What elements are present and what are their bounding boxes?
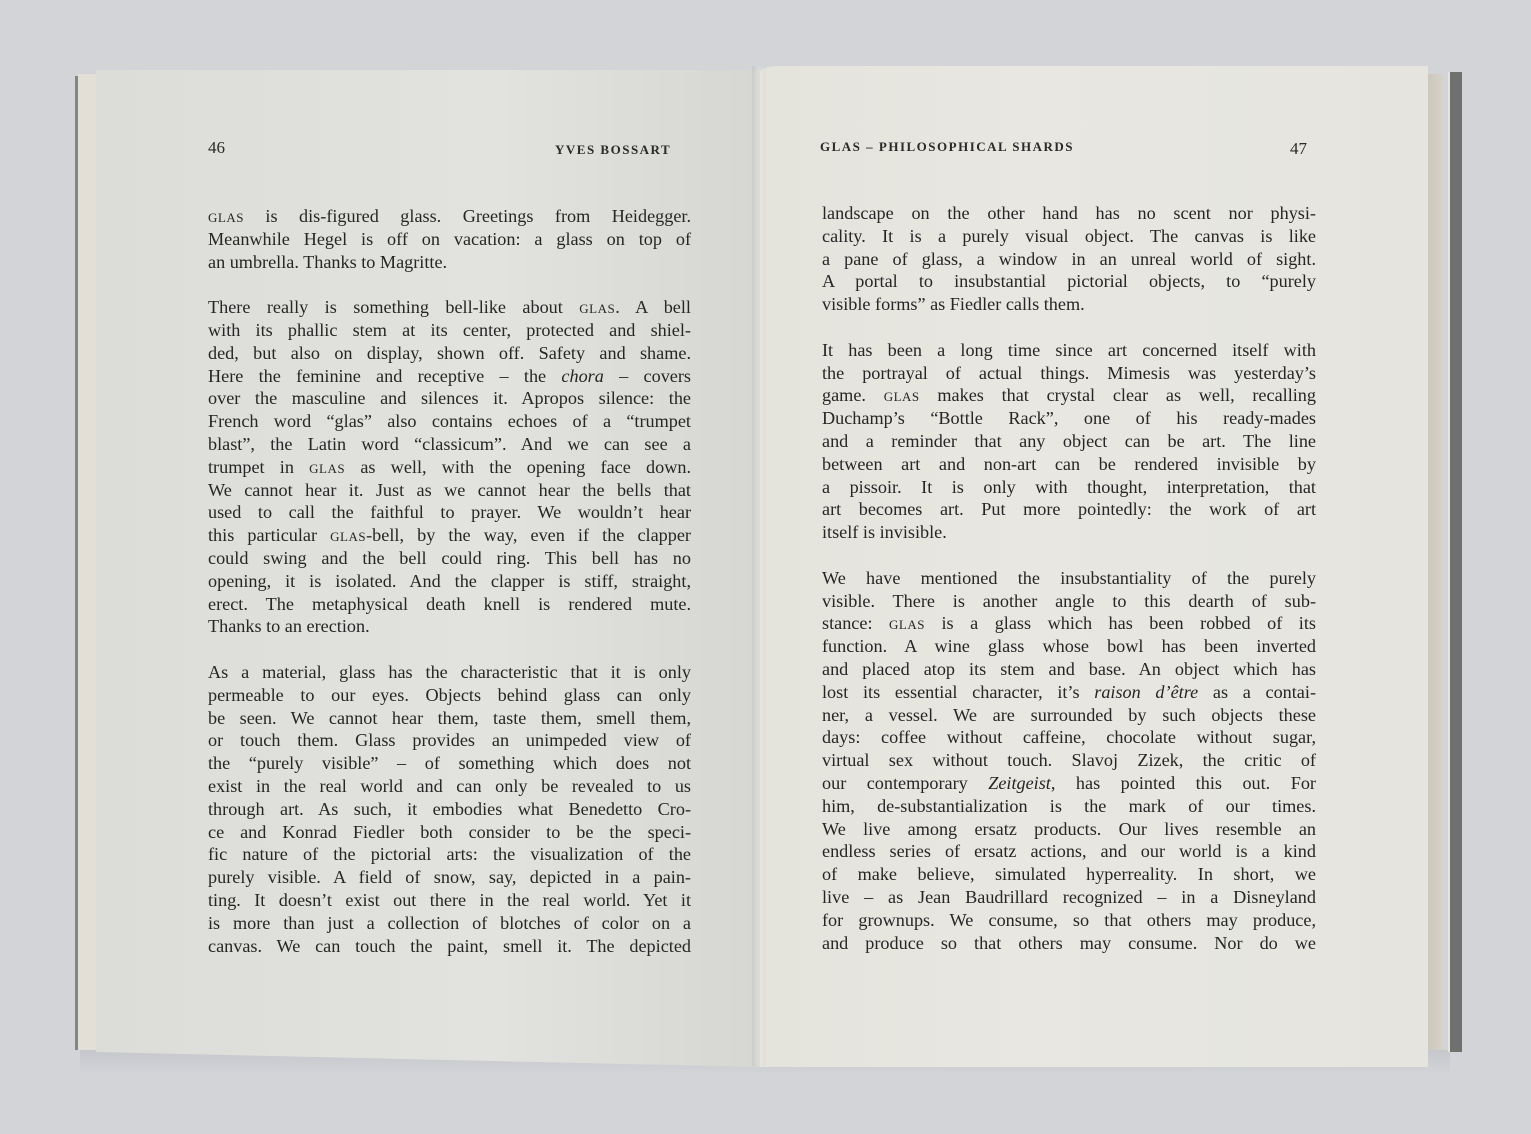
paragraph-gap [822,544,1316,567]
right-paragraph-3-line: ner, a vessel. We are surrounded by such… [822,704,1316,727]
left-paragraph-3-line: purely visible. A field of snow, say, de… [208,866,691,889]
right-paragraph-3-line: visible. There is another angle to this … [822,590,1316,613]
right-paragraph-2-line: It has been a long time since art concer… [822,339,1316,362]
left-paragraph-2-line: erect. The metaphysical death knell is r… [208,593,691,616]
right-page-stack-edge [1428,74,1444,1050]
page-number-left: 46 [208,138,225,158]
left-paragraph-2-line: French word “glas” also contains echoes … [208,410,691,433]
right-paragraph-3-line: of make believe, simulated hyperreality.… [822,863,1316,886]
left-paragraph-2-line: We cannot hear it. Just as we cannot hea… [208,479,691,502]
right-paragraph-3-line: endless series of ersatz actions, and ou… [822,840,1316,863]
right-paragraph-2-line: itself is invisible. [822,521,1316,544]
right-paragraph-3-line: function. A wine glass whose bowl has be… [822,635,1316,658]
left-page-stack-edge [78,74,98,1050]
left-paragraph-2-line: There really is something bell-like abou… [208,296,691,319]
left-paragraph-3-line: fic nature of the pictorial arts: the vi… [208,843,691,866]
right-paragraph-1-line: cality. It is a purely visual object. Th… [822,225,1316,248]
left-paragraph-2-line: used to call the faithful to prayer. We … [208,501,691,524]
running-head-left: YVES BOSSART [555,142,671,158]
right-paragraph-3-line: lost its essential character, it’s raiso… [822,681,1316,704]
right-paragraph-3-line: We live among ersatz products. Our lives… [822,818,1316,841]
right-paragraph-1-line: A portal to insubstantial pictorial obje… [822,270,1316,293]
right-paragraph-3-line: for grownups. We consume, so that others… [822,909,1316,932]
page-number-right: 47 [1290,139,1307,159]
right-paragraph-2-line: art becomes art. Put more pointedly: the… [822,498,1316,521]
left-paragraph-3-line: the “purely visible” – of something whic… [208,752,691,775]
paragraph-gap [208,638,691,661]
left-paragraph-2-line: with its phallic stem at its center, pro… [208,319,691,342]
right-paragraph-3-line: stance: GLAS is a glass which has been r… [822,612,1316,635]
right-paragraph-3-line: him, de-substantialization is the mark o… [822,795,1316,818]
right-paragraph-3-line: and produce so that others may consume. … [822,932,1316,955]
left-paragraph-2-line: opening, it is isolated. And the clapper… [208,570,691,593]
left-paragraph-3-line: exist in the real world and can only be … [208,775,691,798]
left-paragraph-3-line: is more than just a collection of blotch… [208,912,691,935]
left-paragraph-1-line: Meanwhile Hegel is off on vacation: a gl… [208,228,691,251]
left-paragraph-3-line: canvas. We can touch the paint, smell it… [208,935,691,958]
left-paragraph-2-line: trumpet in GLAS as well, with the openin… [208,456,691,479]
book-gutter [752,66,766,1066]
left-paragraph-2-line: blast”, the Latin word “classicum”. And … [208,433,691,456]
left-paragraph-3-line: or touch them. Glass provides an unimped… [208,729,691,752]
right-paragraph-2-line: game. GLAS makes that crystal clear as w… [822,384,1316,407]
right-paragraph-1-line: landscape on the other hand has no scent… [822,202,1316,225]
left-paragraph-2-line: ded, but also on display, shown off. Saf… [208,342,691,365]
paragraph-gap [208,273,691,296]
left-paragraph-1-line: an umbrella. Thanks to Magritte. [208,251,691,274]
left-paragraph-3-line: permeable to our eyes. Objects behind gl… [208,684,691,707]
right-paragraph-2-line: Duchamp’s “Bottle Rack”, one of his read… [822,407,1316,430]
right-paragraph-2-line: the portrayal of actual things. Mimesis … [822,362,1316,385]
left-paragraph-3-line: As a material, glass has the characteris… [208,661,691,684]
right-paragraph-3-line: our contemporary Zeitgeist, has pointed … [822,772,1316,795]
right-paragraph-2-line: and a reminder that any object can be ar… [822,430,1316,453]
left-paragraph-3-line: be seen. We cannot hear them, taste them… [208,707,691,730]
left-paragraph-2-line: could swing and the bell could ring. Thi… [208,547,691,570]
right-paragraph-3-line: days: coffee without caffeine, chocolate… [822,726,1316,749]
left-paragraph-3-line: through art. As such, it embodies what B… [208,798,691,821]
left-paragraph-2-line: Here the feminine and receptive – the ch… [208,365,691,388]
left-paragraph-2-line: this particular GLAS-bell, by the way, e… [208,524,691,547]
right-paragraph-2-line: a pissoir. It is only with thought, inte… [822,476,1316,499]
left-paragraph-1-line: GLAS is dis-figured glass. Greetings fro… [208,205,691,228]
right-paragraph-3-line: virtual sex without touch. Slavoj Zizek,… [822,749,1316,772]
left-paragraph-3-line: ce and Konrad Fiedler both consider to b… [208,821,691,844]
right-cover-edge [1448,72,1462,1052]
right-paragraph-3-line: live – as Jean Baudrillard recognized – … [822,886,1316,909]
right-paragraph-1-line: visible forms” as Fiedler calls them. [822,293,1316,316]
left-paragraph-2-line: Thanks to an erection. [208,615,691,638]
right-paragraph-3-line: and placed atop its stem and base. An ob… [822,658,1316,681]
right-paragraph-1-line: a pane of glass, a window in an unreal w… [822,248,1316,271]
left-paragraph-3-line: ting. It doesn’t exist out there in the … [208,889,691,912]
right-page-body: landscape on the other hand has no scent… [822,202,1316,954]
running-head-right: GLAS – PHILOSOPHICAL SHARDS [820,139,1074,155]
left-paragraph-2-line: over the masculine and silences it. Apro… [208,387,691,410]
right-paragraph-2-line: between art and non-art can be rendered … [822,453,1316,476]
right-paragraph-3-line: We have mentioned the insubstantiality o… [822,567,1316,590]
paragraph-gap [822,316,1316,339]
left-page-body: GLAS is dis-figured glass. Greetings fro… [208,205,691,957]
